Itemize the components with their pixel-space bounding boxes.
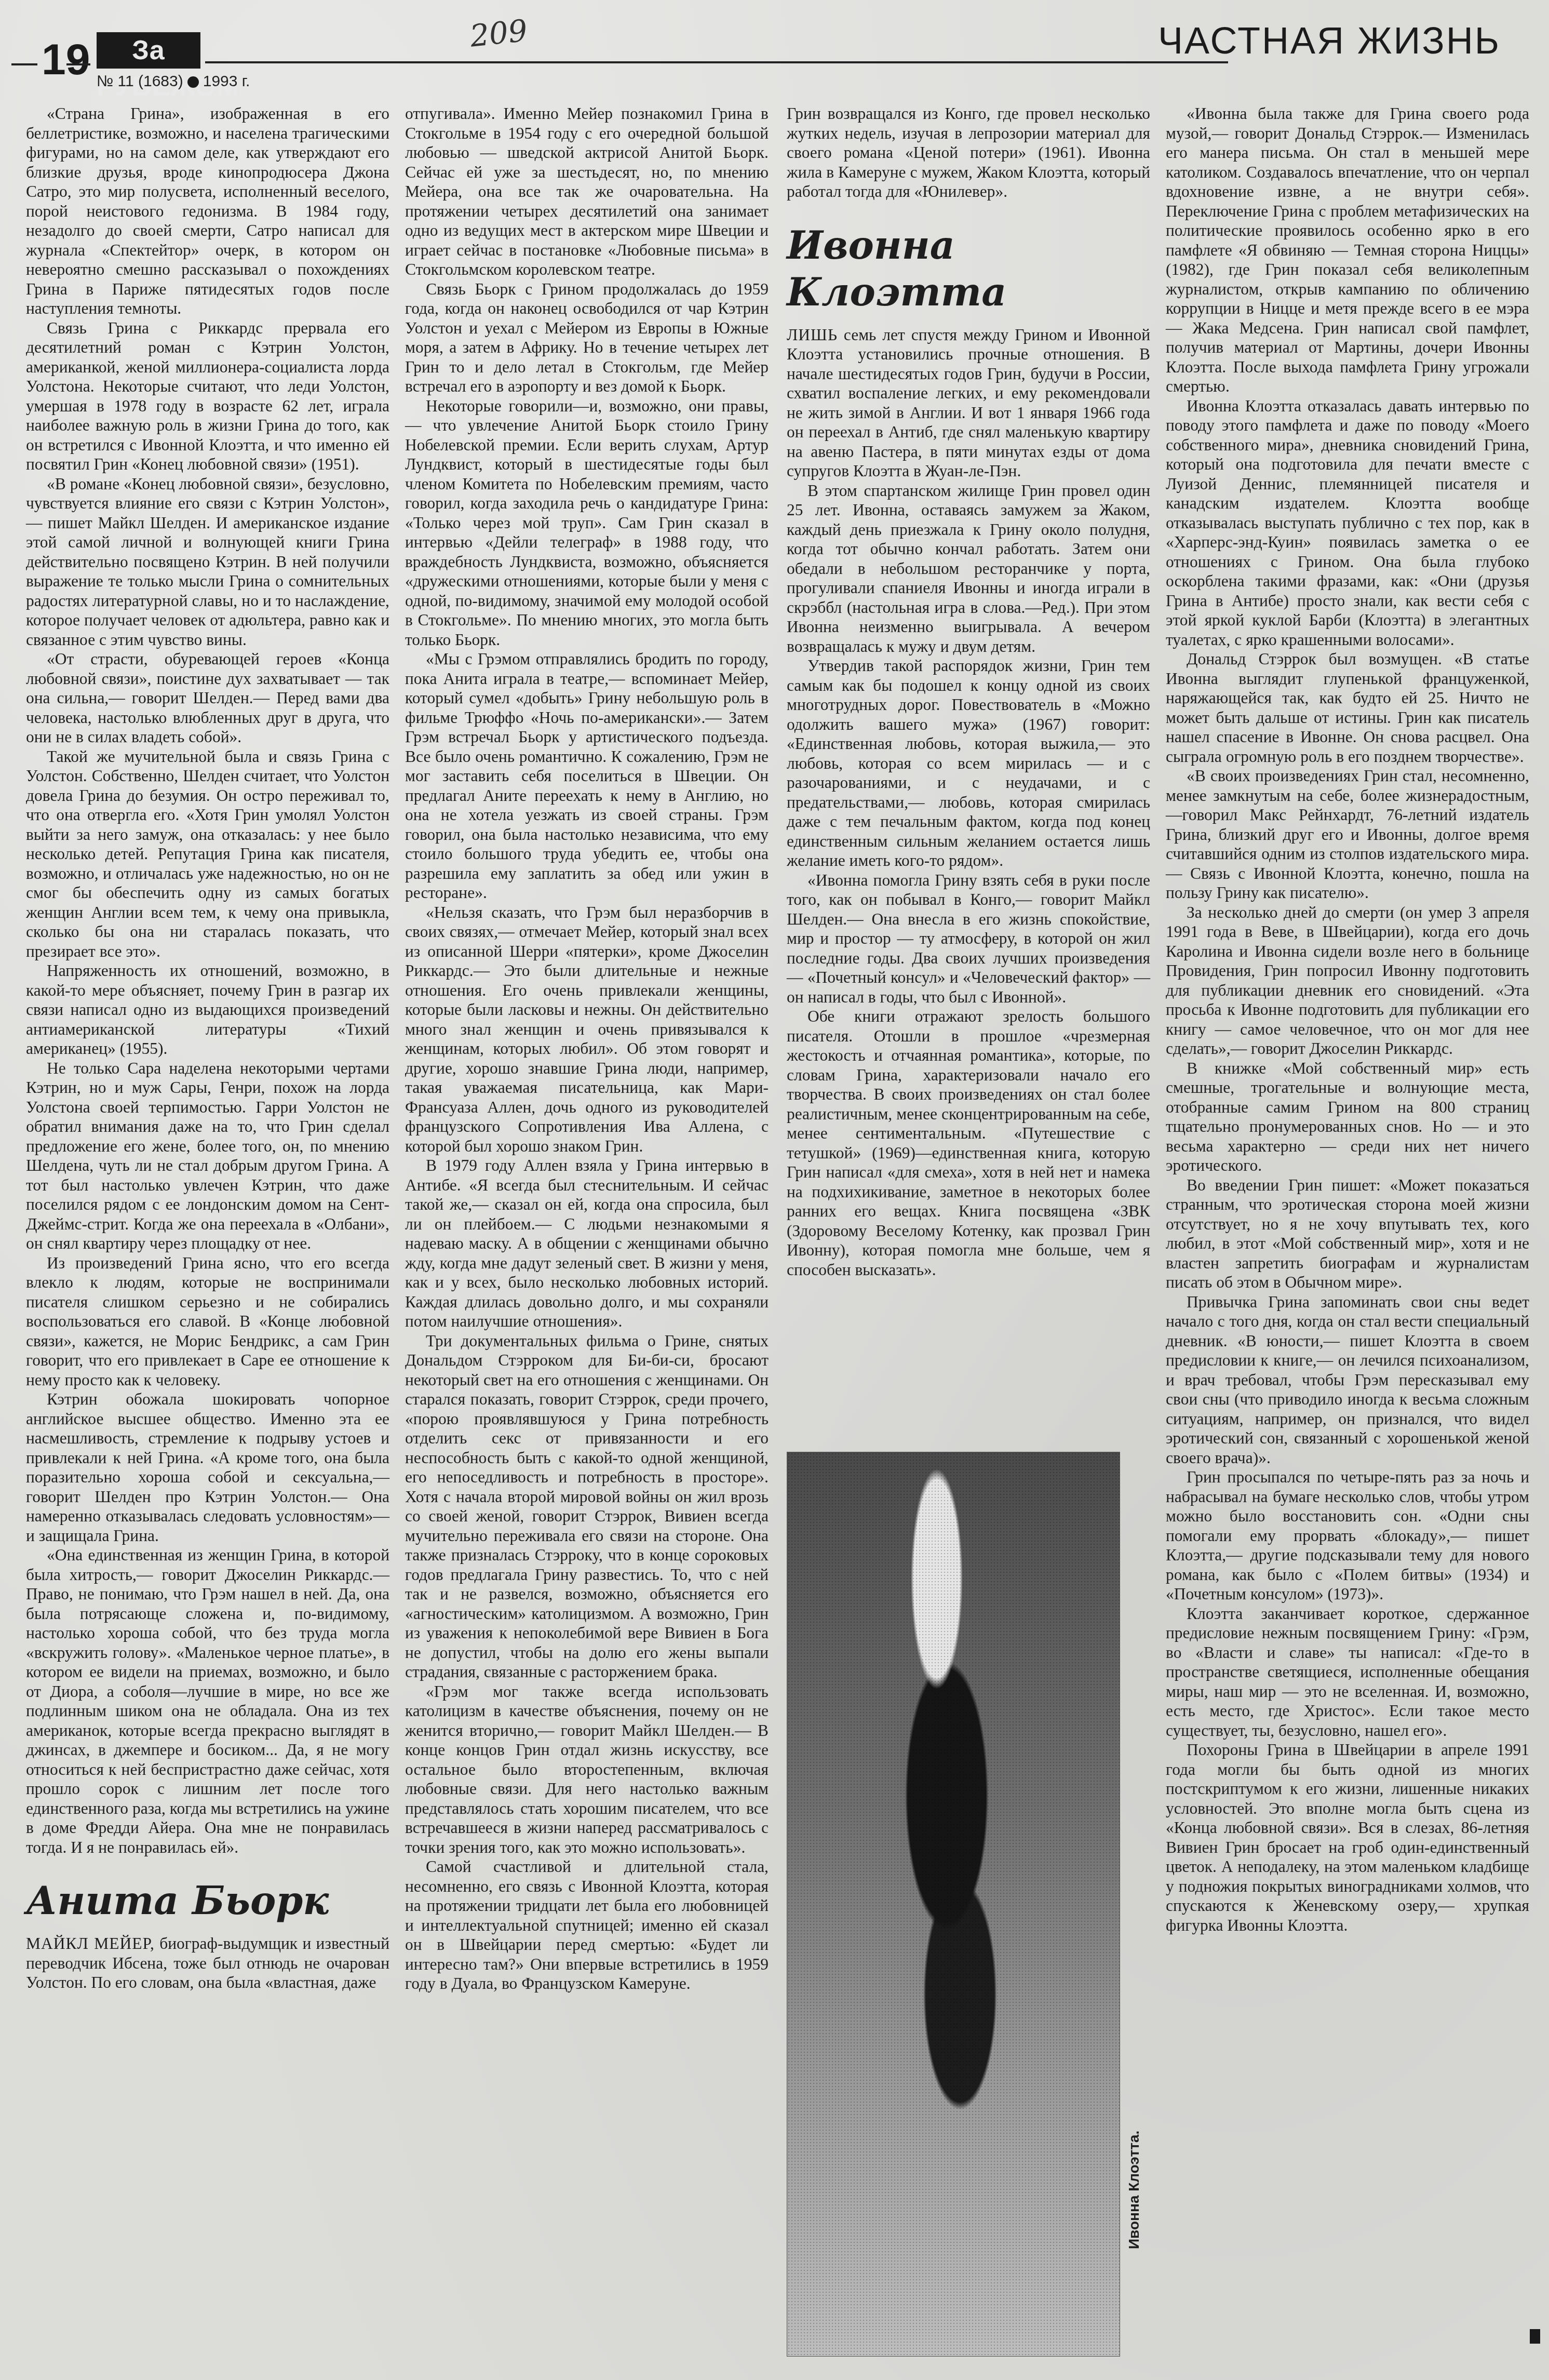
- issue-year: 1993 г.: [203, 73, 250, 90]
- lead-paragraph: МАЙКЛ МЕЙЕР, биограф-выдумщик и известны…: [26, 1934, 389, 1993]
- photo-yvonne-cloetta: [787, 1452, 1120, 2357]
- issue-number: № 11 (1683): [97, 73, 183, 90]
- paragraph: Грин просыпался по четыре-пять раз за но…: [1166, 1467, 1529, 1604]
- issue-info: № 11 (1683)1993 г.: [97, 73, 250, 90]
- paragraph: «Нельзя сказать, что Грэм был неразборчи…: [405, 903, 769, 1156]
- column-2: отпугивала». Именно Мейер познакомил Гри…: [405, 104, 769, 1994]
- masthead-rule-left: [11, 63, 37, 65]
- paragraph: Ивонна Клоэтта отказалась давать интервь…: [1166, 396, 1529, 650]
- lead-paragraph: ЛИШЬ семь лет спустя между Грином и Ивон…: [787, 325, 1150, 481]
- paragraph: «Мы с Грэмом отправлялись бродить по гор…: [405, 649, 769, 903]
- paragraph: Не только Сара наделена некоторыми черта…: [26, 1059, 389, 1253]
- paragraph: отпугивала». Именно Мейер познакомил Гри…: [405, 104, 769, 279]
- lead-caps: ЛИШЬ: [787, 326, 838, 344]
- paragraph: Три документальных фильма о Грине, сняты…: [405, 1331, 769, 1682]
- paragraph: Напряженность их отношений, возможно, в …: [26, 961, 389, 1059]
- page-number: 19: [42, 37, 90, 81]
- photo-caption: Ивонна Клоэтта.: [1126, 2131, 1142, 2249]
- paragraph: В книжке «Мой собственный мир» есть смеш…: [1166, 1059, 1529, 1175]
- paragraph: В 1979 году Аллен взяла у Грина интервью…: [405, 1156, 769, 1331]
- paragraph: За несколько дней до смерти (он умер 3 а…: [1166, 903, 1529, 1059]
- masthead-rule-middle: [66, 63, 90, 65]
- bullet-dot-icon: [187, 76, 199, 88]
- paragraph: Такой же мучительной была и связь Грина …: [26, 747, 389, 961]
- subheading-anita-bjork: Анита Бьорк: [26, 1878, 389, 1924]
- paragraph: Некоторые говорили—и, возможно, они прав…: [405, 396, 769, 650]
- paragraph: Грин возвращался из Конго, где провел не…: [787, 104, 1150, 202]
- paragraph: Дональд Стэррок был возмущен. «В статье …: [1166, 649, 1529, 766]
- paragraph: Обе книги отражают зрелость большого пис…: [787, 1007, 1150, 1279]
- handwritten-note: 209: [468, 12, 529, 54]
- paragraph: «В романе «Конец любовной связи», безусл…: [26, 474, 389, 650]
- paragraph: «Она единственная из женщин Грина, в кот…: [26, 1545, 389, 1857]
- publication-logo: За РУБЕЖОМ: [97, 32, 200, 69]
- paragraph: «Ивонна помогла Грину взять себя в руки …: [787, 871, 1150, 1007]
- paragraph: Самой счастливой и длительной стала, нес…: [405, 1857, 769, 1994]
- column-4: «Ивонна была также для Грина своего рода…: [1166, 104, 1529, 1935]
- paragraph: «Страна Грина», изображенная в его белле…: [26, 104, 389, 318]
- section-title: ЧАСТНАЯ ЖИЗНЬ: [1158, 20, 1501, 62]
- paragraph: «Грэм мог также всегда использовать като…: [405, 1682, 769, 1857]
- subheading-yvonne-cloetta: Ивонна Клоэтта: [787, 222, 1150, 316]
- column-3: Грин возвращался из Конго, где провел не…: [787, 104, 1150, 1279]
- end-of-article-square-icon: [1530, 2329, 1540, 2344]
- paragraph: Из произведений Грина ясно, что его всег…: [26, 1253, 389, 1390]
- paragraph: «В своих произведениях Грин стал, несомн…: [1166, 766, 1529, 903]
- paragraph: Во введении Грин пишет: «Может показатьс…: [1166, 1175, 1529, 1292]
- lead-caps: МАЙКЛ МЕЙЕР,: [26, 1934, 155, 1953]
- paragraph: Клоэтта заканчивает короткое, сдержанное…: [1166, 1604, 1529, 1741]
- paragraph: Связь Бьорк с Грином продолжалась до 195…: [405, 279, 769, 396]
- column-1: «Страна Грина», изображенная в его белле…: [26, 104, 389, 1993]
- paragraph: Привычка Грина запоминать свои сны ведет…: [1166, 1292, 1529, 1468]
- paragraph: Кэтрин обожала шокировать чопорное англи…: [26, 1389, 389, 1545]
- masthead: 19 За РУБЕЖОМ № 11 (1683)1993 г. 209 ЧАС…: [0, 0, 1549, 88]
- paragraph: Похороны Грина в Швейцарии в апреле 1991…: [1166, 1740, 1529, 1935]
- masthead-rule-right: [205, 61, 1228, 63]
- lead-text: семь лет спустя между Грином и Ивонной К…: [787, 326, 1150, 480]
- paragraph: «Ивонна была также для Грина своего рода…: [1166, 104, 1529, 396]
- paragraph: Утвердив такой распорядок жизни, Грин те…: [787, 656, 1150, 871]
- paragraph: «От страсти, обуревающей героев «Конца л…: [26, 649, 389, 747]
- paragraph: В этом спартанском жилище Грин провел од…: [787, 481, 1150, 657]
- paragraph: Связь Грина с Риккардс прервала его деся…: [26, 318, 389, 474]
